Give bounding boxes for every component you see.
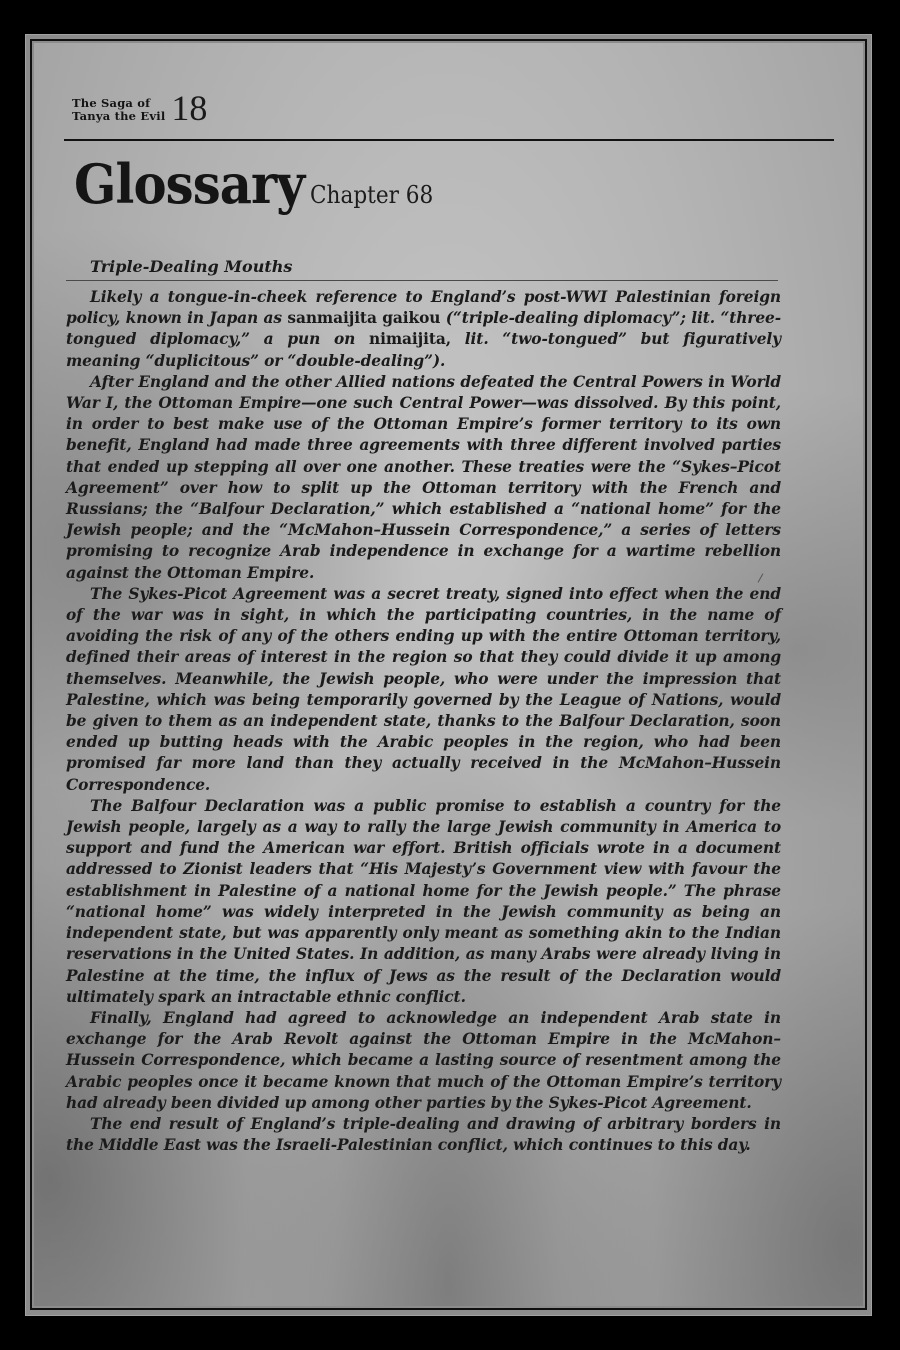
series-title-line2: Tanya the Evil (72, 110, 165, 123)
entry-paragraph: Finally, England had agreed to acknowled… (66, 1008, 781, 1114)
chapter-label: Chapter 68 (310, 181, 433, 209)
paragraph-text: The end result of England’s triple-deali… (66, 1115, 781, 1154)
series-title: The Saga of Tanya the Evil (72, 97, 165, 123)
entry-paragraph: The Sykes-Picot Agreement was a secret t… (66, 584, 781, 796)
romanized-term: sanmaijita gaikou (287, 309, 440, 327)
entry-paragraph: The Balfour Declaration was a public pro… (66, 796, 781, 1008)
entry-body: Likely a tongue-in-cheek reference to En… (66, 287, 781, 1156)
paragraph-text: The Sykes-Picot Agreement was a secret t… (66, 585, 781, 794)
header-divider (64, 139, 834, 141)
paragraph-text: After England and the other Allied natio… (66, 373, 781, 582)
romanized-term: nimaijita, (369, 330, 451, 348)
entry-term: Triple-Dealing Mouths (66, 256, 781, 277)
entry-paragraph: The end result of England’s triple-deali… (66, 1114, 781, 1156)
glossary-entry: Triple-Dealing Mouths Likely a tongue-in… (66, 256, 781, 1156)
running-header: The Saga of Tanya the Evil 18 (72, 93, 207, 123)
entry-paragraph: Likely a tongue-in-cheek reference to En… (66, 287, 781, 372)
paragraph-text: The Balfour Declaration was a public pro… (66, 797, 781, 1006)
term-divider (66, 280, 778, 281)
page-frame: The Saga of Tanya the Evil 18 Glossary C… (25, 34, 872, 1316)
frame-border-line: The Saga of Tanya the Evil 18 Glossary C… (30, 39, 867, 1310)
entry-paragraph: After England and the other Allied natio… (66, 372, 781, 584)
glossary-page: The Saga of Tanya the Evil 18 Glossary C… (34, 43, 863, 1306)
volume-number: 18 (171, 93, 207, 123)
title-row: Glossary Chapter 68 (74, 153, 447, 215)
paragraph-text: Finally, England had agreed to acknowled… (66, 1009, 781, 1112)
page-title: Glossary (74, 153, 304, 215)
